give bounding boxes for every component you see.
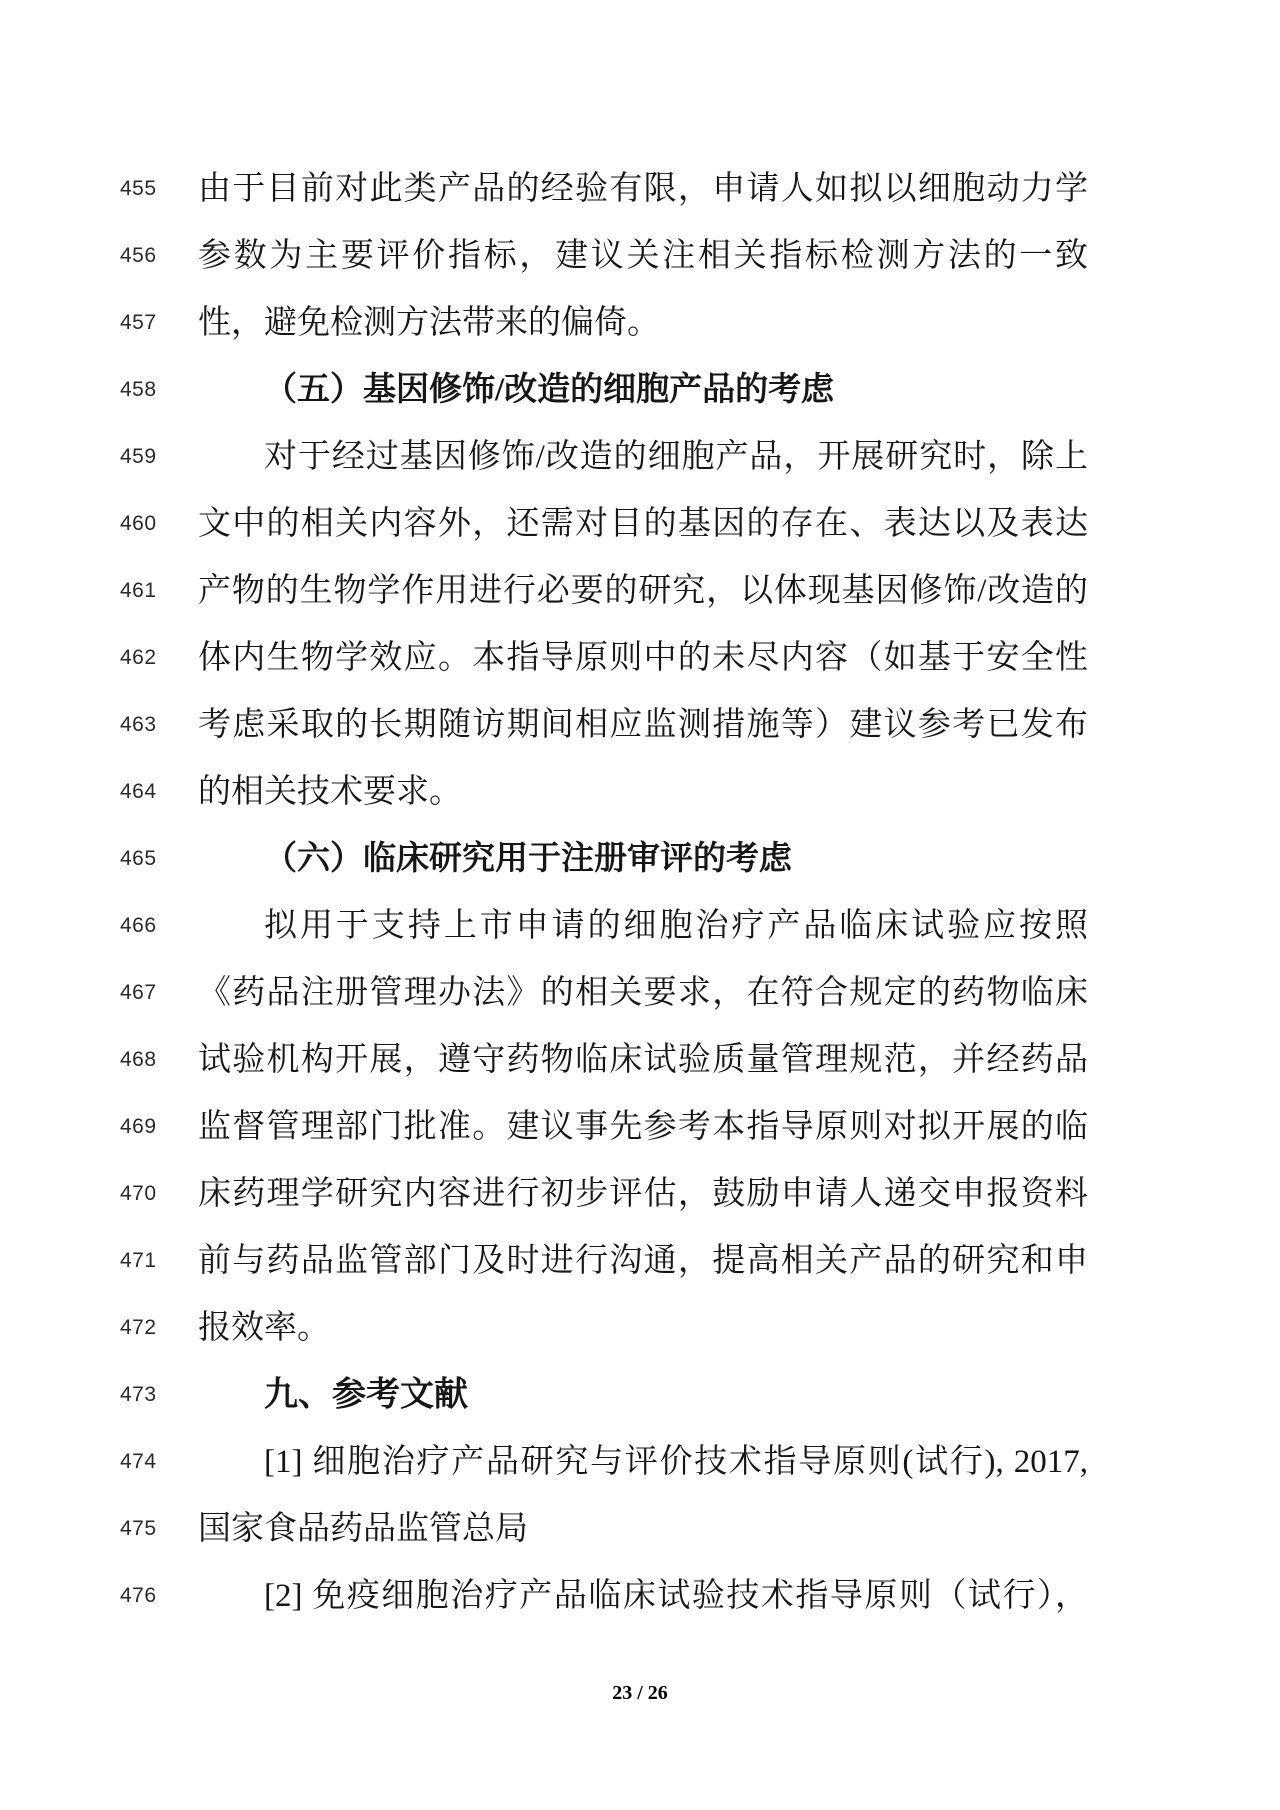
text-line: 469 监督管理部门批准。建议事先参考本指导原则对拟开展的临 bbox=[0, 1093, 1280, 1160]
text-line: 467 《药品注册管理办法》的相关要求，在符合规定的药物临床 bbox=[0, 959, 1280, 1026]
line-text: 由于目前对此类产品的经验有限，申请人如拟以细胞动力学 bbox=[198, 170, 1088, 206]
line-text: 监督管理部门批准。建议事先参考本指导原则对拟开展的临 bbox=[198, 1108, 1088, 1144]
text-line: 462 体内生物学效应。本指导原则中的未尽内容（如基于安全性 bbox=[0, 624, 1280, 691]
line-text: [1] 细胞治疗产品研究与评价技术指导原则(试行), 2017, bbox=[198, 1443, 1088, 1479]
text-line: 459 对于经过基因修饰/改造的细胞产品，开展研究时，除上 bbox=[0, 423, 1280, 490]
line-number: 474 bbox=[120, 1450, 164, 1474]
line-text: 性，避免检测方法带来的偏倚。 bbox=[198, 304, 1088, 340]
document-body: 455 由于目前对此类产品的经验有限，申请人如拟以细胞动力学 456 参数为主要… bbox=[0, 155, 1280, 1629]
text-line: 460 文中的相关内容外，还需对目的基因的存在、表达以及表达 bbox=[0, 490, 1280, 557]
text-line: 455 由于目前对此类产品的经验有限，申请人如拟以细胞动力学 bbox=[0, 155, 1280, 222]
line-text: 对于经过基因修饰/改造的细胞产品，开展研究时，除上 bbox=[198, 438, 1088, 474]
text-line: 474 [1] 细胞治疗产品研究与评价技术指导原则(试行), 2017, bbox=[0, 1428, 1280, 1495]
line-number: 464 bbox=[120, 780, 164, 804]
line-number: 459 bbox=[120, 445, 164, 469]
text-line: 456 参数为主要评价指标，建议关注相关指标检测方法的一致 bbox=[0, 222, 1280, 289]
line-text: 产物的生物学作用进行必要的研究，以体现基因修饰/改造的 bbox=[198, 572, 1088, 608]
line-number: 473 bbox=[120, 1383, 164, 1407]
line-number: 463 bbox=[120, 713, 164, 737]
line-text: （五）基因修饰/改造的细胞产品的考虑 bbox=[198, 371, 1088, 407]
line-text: 床药理学研究内容进行初步评估，鼓励申请人递交申报资料 bbox=[198, 1175, 1088, 1211]
text-line: 472 报效率。 bbox=[0, 1294, 1280, 1361]
line-number: 475 bbox=[120, 1517, 164, 1541]
text-line: 475 国家食品药品监管总局 bbox=[0, 1495, 1280, 1562]
line-text: 《药品注册管理办法》的相关要求，在符合规定的药物临床 bbox=[198, 974, 1088, 1010]
text-line: 457 性，避免检测方法带来的偏倚。 bbox=[0, 289, 1280, 356]
line-number: 457 bbox=[120, 311, 164, 335]
line-text: [2] 免疫细胞治疗产品临床试验技术指导原则（试行）， bbox=[198, 1577, 1088, 1613]
line-number: 476 bbox=[120, 1584, 164, 1608]
document-page: 455 由于目前对此类产品的经验有限，申请人如拟以细胞动力学 456 参数为主要… bbox=[0, 0, 1280, 1810]
line-text: 报效率。 bbox=[198, 1309, 1088, 1345]
line-number: 470 bbox=[120, 1182, 164, 1206]
text-line: 468 试验机构开展，遵守药物临床试验质量管理规范，并经药品 bbox=[0, 1026, 1280, 1093]
text-line: 461 产物的生物学作用进行必要的研究，以体现基因修饰/改造的 bbox=[0, 557, 1280, 624]
text-line: 464 的相关技术要求。 bbox=[0, 758, 1280, 825]
line-text: （六）临床研究用于注册审评的考虑 bbox=[198, 840, 1088, 876]
line-number: 468 bbox=[120, 1048, 164, 1072]
line-number: 467 bbox=[120, 981, 164, 1005]
line-text: 前与药品监管部门及时进行沟通，提高相关产品的研究和申 bbox=[198, 1242, 1088, 1278]
text-line: 466 拟用于支持上市申请的细胞治疗产品临床试验应按照 bbox=[0, 892, 1280, 959]
line-number: 461 bbox=[120, 579, 164, 603]
line-number: 458 bbox=[120, 378, 164, 402]
line-text: 体内生物学效应。本指导原则中的未尽内容（如基于安全性 bbox=[198, 639, 1088, 675]
line-number: 462 bbox=[120, 646, 164, 670]
text-line: 458 （五）基因修饰/改造的细胞产品的考虑 bbox=[0, 356, 1280, 423]
line-number: 469 bbox=[120, 1115, 164, 1139]
text-line: 471 前与药品监管部门及时进行沟通，提高相关产品的研究和申 bbox=[0, 1227, 1280, 1294]
line-text: 试验机构开展，遵守药物临床试验质量管理规范，并经药品 bbox=[198, 1041, 1088, 1077]
line-text: 参数为主要评价指标，建议关注相关指标检测方法的一致 bbox=[198, 237, 1088, 273]
line-text: 国家食品药品监管总局 bbox=[198, 1510, 1088, 1546]
text-line: 476 [2] 免疫细胞治疗产品临床试验技术指导原则（试行）， bbox=[0, 1562, 1280, 1629]
line-text: 拟用于支持上市申请的细胞治疗产品临床试验应按照 bbox=[198, 907, 1088, 943]
line-number: 455 bbox=[120, 177, 164, 201]
line-number: 465 bbox=[120, 847, 164, 871]
text-line: 473 九、参考文献 bbox=[0, 1361, 1280, 1428]
line-text: 九、参考文献 bbox=[198, 1376, 1088, 1413]
page-number: 23 / 26 bbox=[0, 1682, 1280, 1705]
line-text: 文中的相关内容外，还需对目的基因的存在、表达以及表达 bbox=[198, 505, 1088, 541]
line-number: 472 bbox=[120, 1316, 164, 1340]
text-line: 465 （六）临床研究用于注册审评的考虑 bbox=[0, 825, 1280, 892]
text-line: 470 床药理学研究内容进行初步评估，鼓励申请人递交申报资料 bbox=[0, 1160, 1280, 1227]
line-number: 456 bbox=[120, 244, 164, 268]
line-number: 471 bbox=[120, 1249, 164, 1273]
line-text: 的相关技术要求。 bbox=[198, 773, 1088, 809]
line-text: 考虑采取的长期随访期间相应监测措施等）建议参考已发布 bbox=[198, 706, 1088, 742]
line-number: 460 bbox=[120, 512, 164, 536]
text-line: 463 考虑采取的长期随访期间相应监测措施等）建议参考已发布 bbox=[0, 691, 1280, 758]
line-number: 466 bbox=[120, 914, 164, 938]
